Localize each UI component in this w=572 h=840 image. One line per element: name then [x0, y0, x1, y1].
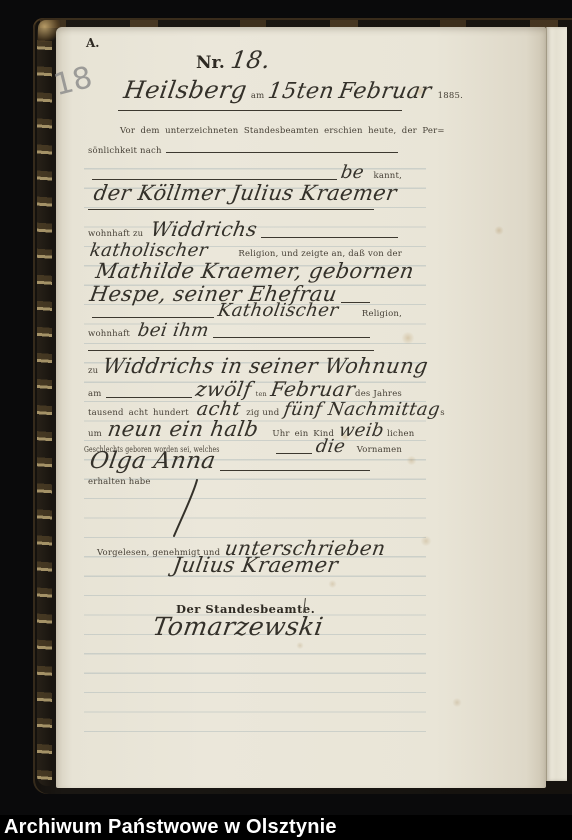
record-number-value: 18.: [229, 46, 273, 74]
form-rule: [118, 110, 402, 111]
archive-name: Archiwum Państwowe w Olsztynie: [0, 815, 337, 840]
birthyear-print3: s: [440, 408, 445, 418]
blank-rule: [261, 237, 398, 238]
dateline-day: 15ten: [266, 79, 336, 104]
residence-value: Widdrichs: [149, 217, 259, 241]
known-hand: be: [339, 162, 365, 183]
book-binding-edge: [37, 24, 52, 786]
intro-line2: sönlichkeit nach: [88, 146, 162, 156]
form-rule: [88, 350, 374, 351]
known-print: kannt,: [374, 171, 403, 181]
declarant-name: der Köllmer Julius Kraemer: [92, 181, 398, 205]
record-number-label: Nr.: [196, 53, 225, 73]
religion-clause-print: Religion, und zeigte an, daß von der: [238, 249, 402, 259]
ink-stroke-slash: [170, 479, 200, 537]
dateline-year: 1885.: [438, 91, 463, 101]
dateline-month: Februar: [337, 79, 433, 104]
mother-religion-label: Religion,: [362, 309, 402, 319]
form-letter-a: A.: [86, 36, 100, 50]
mother-name-line1: Mathilde Kraemer, gebornen: [94, 259, 416, 283]
blank-rule: [92, 317, 214, 318]
next-page-edge: [546, 27, 567, 781]
child-firstnames-value: Olga Anna: [88, 448, 218, 474]
birthplace-label: zu: [88, 366, 98, 376]
blank-rule: [220, 470, 370, 471]
registrar-signature: Tomarzewski: [151, 612, 326, 641]
declarant-signature: Julius Kraemer: [171, 553, 340, 577]
form-rule: [88, 209, 374, 210]
blank-rule: [213, 337, 370, 338]
intro-line1: Vor dem unterzeichneten Standesbeamten e…: [120, 126, 445, 136]
residence2-value: bei ihm: [136, 320, 210, 341]
residence2-label: wohnhaft: [88, 329, 130, 339]
received-print: erhalten habe: [88, 477, 151, 487]
residence-label: wohnhaft zu: [88, 229, 143, 239]
father-religion-value: katholischer: [88, 240, 209, 261]
blank-rule: [166, 152, 398, 153]
archival-scan: 18 A. Nr. 18. Heilsberg am 15ten Februar…: [0, 0, 572, 840]
mother-religion-value: Katholischer: [216, 300, 340, 321]
dateline-am-label: am: [251, 91, 265, 101]
dateline-place: Heilsberg: [122, 76, 249, 104]
footer-bar: Archiwum Państwowe w Olsztynie: [0, 815, 572, 840]
birthdate-ten-suffix: ten: [256, 390, 267, 398]
blank-rule: [92, 179, 337, 180]
birthplace-value: Widdrichs in seiner Wohnung: [101, 354, 430, 378]
